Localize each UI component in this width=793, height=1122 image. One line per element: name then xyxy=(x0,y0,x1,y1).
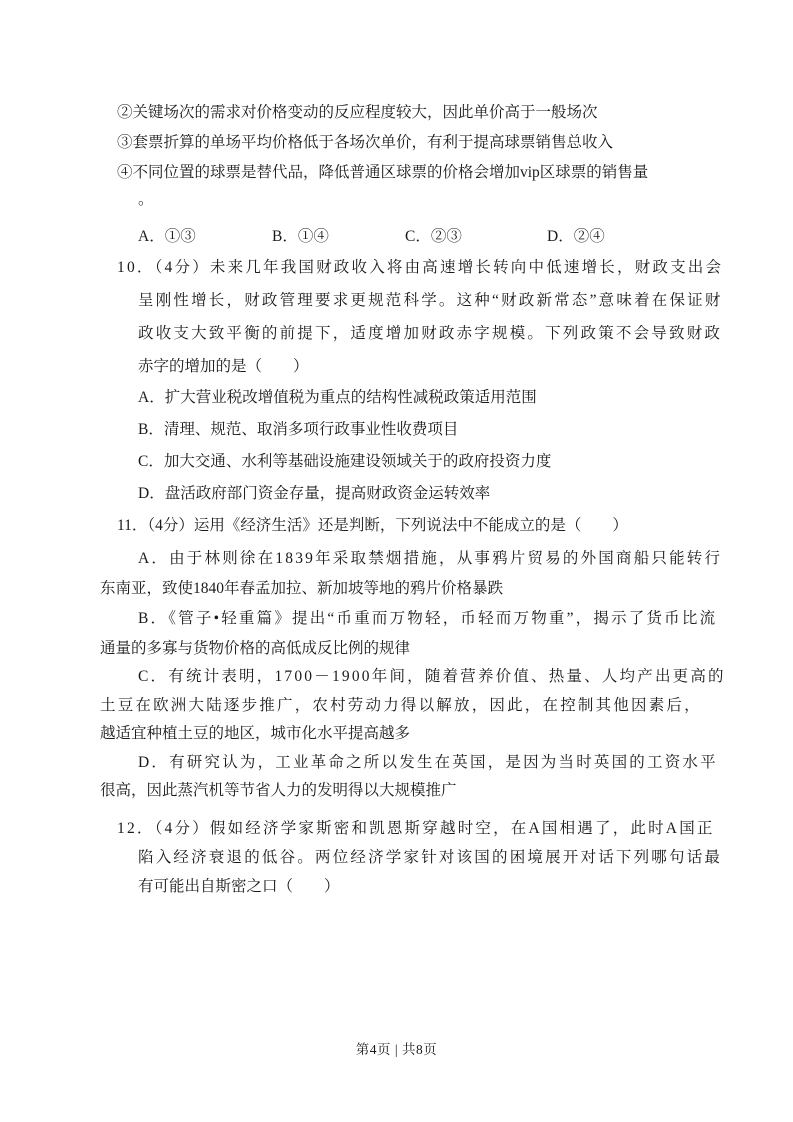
q11-stem: 11．（4分）运用《经济生活》还是判断，下列说法中不能成立的是（ ） xyxy=(117,516,628,536)
q11-option-b-line-2: 通量的多寡与货物价格的高低成反比例的规律 xyxy=(100,639,410,659)
q11-option-d-line-2: 很高，因此蒸汽机等节省人力的发明得以大规模推广 xyxy=(100,781,457,801)
q12-stem-line-3: 有可能出自斯密之口（ ） xyxy=(138,877,340,897)
orphan-period: 。 xyxy=(138,190,154,210)
statement-line-3: ③套票折算的单场平均价格低于各场次单价，有利于提高球票销售总收入 xyxy=(117,133,613,153)
q10-stem-line-2: 呈刚性增长，财政管理要求更规范科学。这种“财政新常态”意味着在保证财 xyxy=(138,291,723,311)
choice-d: D．②④ xyxy=(547,227,605,247)
q10-option-c: C．加大交通、水利等基础设施建设领域关于的政府投资力度 xyxy=(138,452,551,472)
page-number-indicator: 第4页 | 共8页 xyxy=(356,1042,437,1057)
q10-stem-line-4: 赤字的增加的是（ ） xyxy=(138,357,309,377)
statement-line-4: ④不同位置的球票是替代品，降低普通区球票的价格会增加vip区球票的销售量 xyxy=(117,163,648,183)
q11-option-c-line-1: C．有统计表明，1700－1900年间，随着营养价值、热量、人均产出更高的 xyxy=(138,667,726,687)
q11-option-a-line-2: 东南亚，致使1840年春孟加拉、新加坡等地的鸦片价格暴跌 xyxy=(100,579,503,599)
statement-line-2: ②关键场次的需求对价格变动的反应程度较大，因此单价高于一般场次 xyxy=(117,103,598,123)
choice-c: C．②③ xyxy=(405,227,462,247)
q12-stem-line-1: 12．（4分）假如经济学家斯密和凯恩斯穿越时空，在A国相遇了，此时A国正 xyxy=(117,819,715,839)
q11-option-c-line-2: 土豆在欧洲大陆逐步推广，农村劳动力得以解放，因此，在控制其他因素后， xyxy=(100,696,702,716)
q11-option-c-line-3: 越适宜种植土豆的地区，城市化水平提高越多 xyxy=(100,724,410,744)
q11-option-a-line-1: A．由于林则徐在1839年采取禁烟措施，从事鸦片贸易的外国商船只能转行 xyxy=(138,549,722,569)
q11-option-b-line-1: B．《管子•轻重篇》提出“币重而万物轻，币轻而万物重”，揭示了货币比流 xyxy=(138,609,717,629)
q11-option-d-line-1: D．有研究认为，工业革命之所以发生在英国，是因为当时英国的工资水平 xyxy=(138,753,718,773)
q10-option-d: D．盘活政府部门资金存量，提高财政资金运转效率 xyxy=(138,484,490,504)
choice-b: B．①④ xyxy=(272,227,329,247)
q10-stem-line-1: 10．（4分）未来几年我国财政收入将由高速增长转向中低速增长，财政支出会 xyxy=(117,258,723,278)
q10-stem-line-3: 政收支大致平衡的前提下，适度增加财政赤字规模。下列政策不会导致财政 xyxy=(138,324,722,344)
page-footer: 第4页 | 共8页 xyxy=(0,1038,793,1058)
q12-stem-line-2: 陷入经济衰退的低谷。两位经济学家针对该国的困境展开对话下列哪句话最 xyxy=(138,848,722,868)
choice-a: A．①③ xyxy=(138,227,196,247)
q10-option-b: B．清理、规范、取消多项行政事业性收费项目 xyxy=(138,420,458,440)
exam-paper-page: ②关键场次的需求对价格变动的反应程度较大，因此单价高于一般场次 ③套票折算的单场… xyxy=(0,0,793,1122)
q10-option-a: A．扩大营业税改增值税为重点的结构性减税政策适用范围 xyxy=(138,388,537,408)
